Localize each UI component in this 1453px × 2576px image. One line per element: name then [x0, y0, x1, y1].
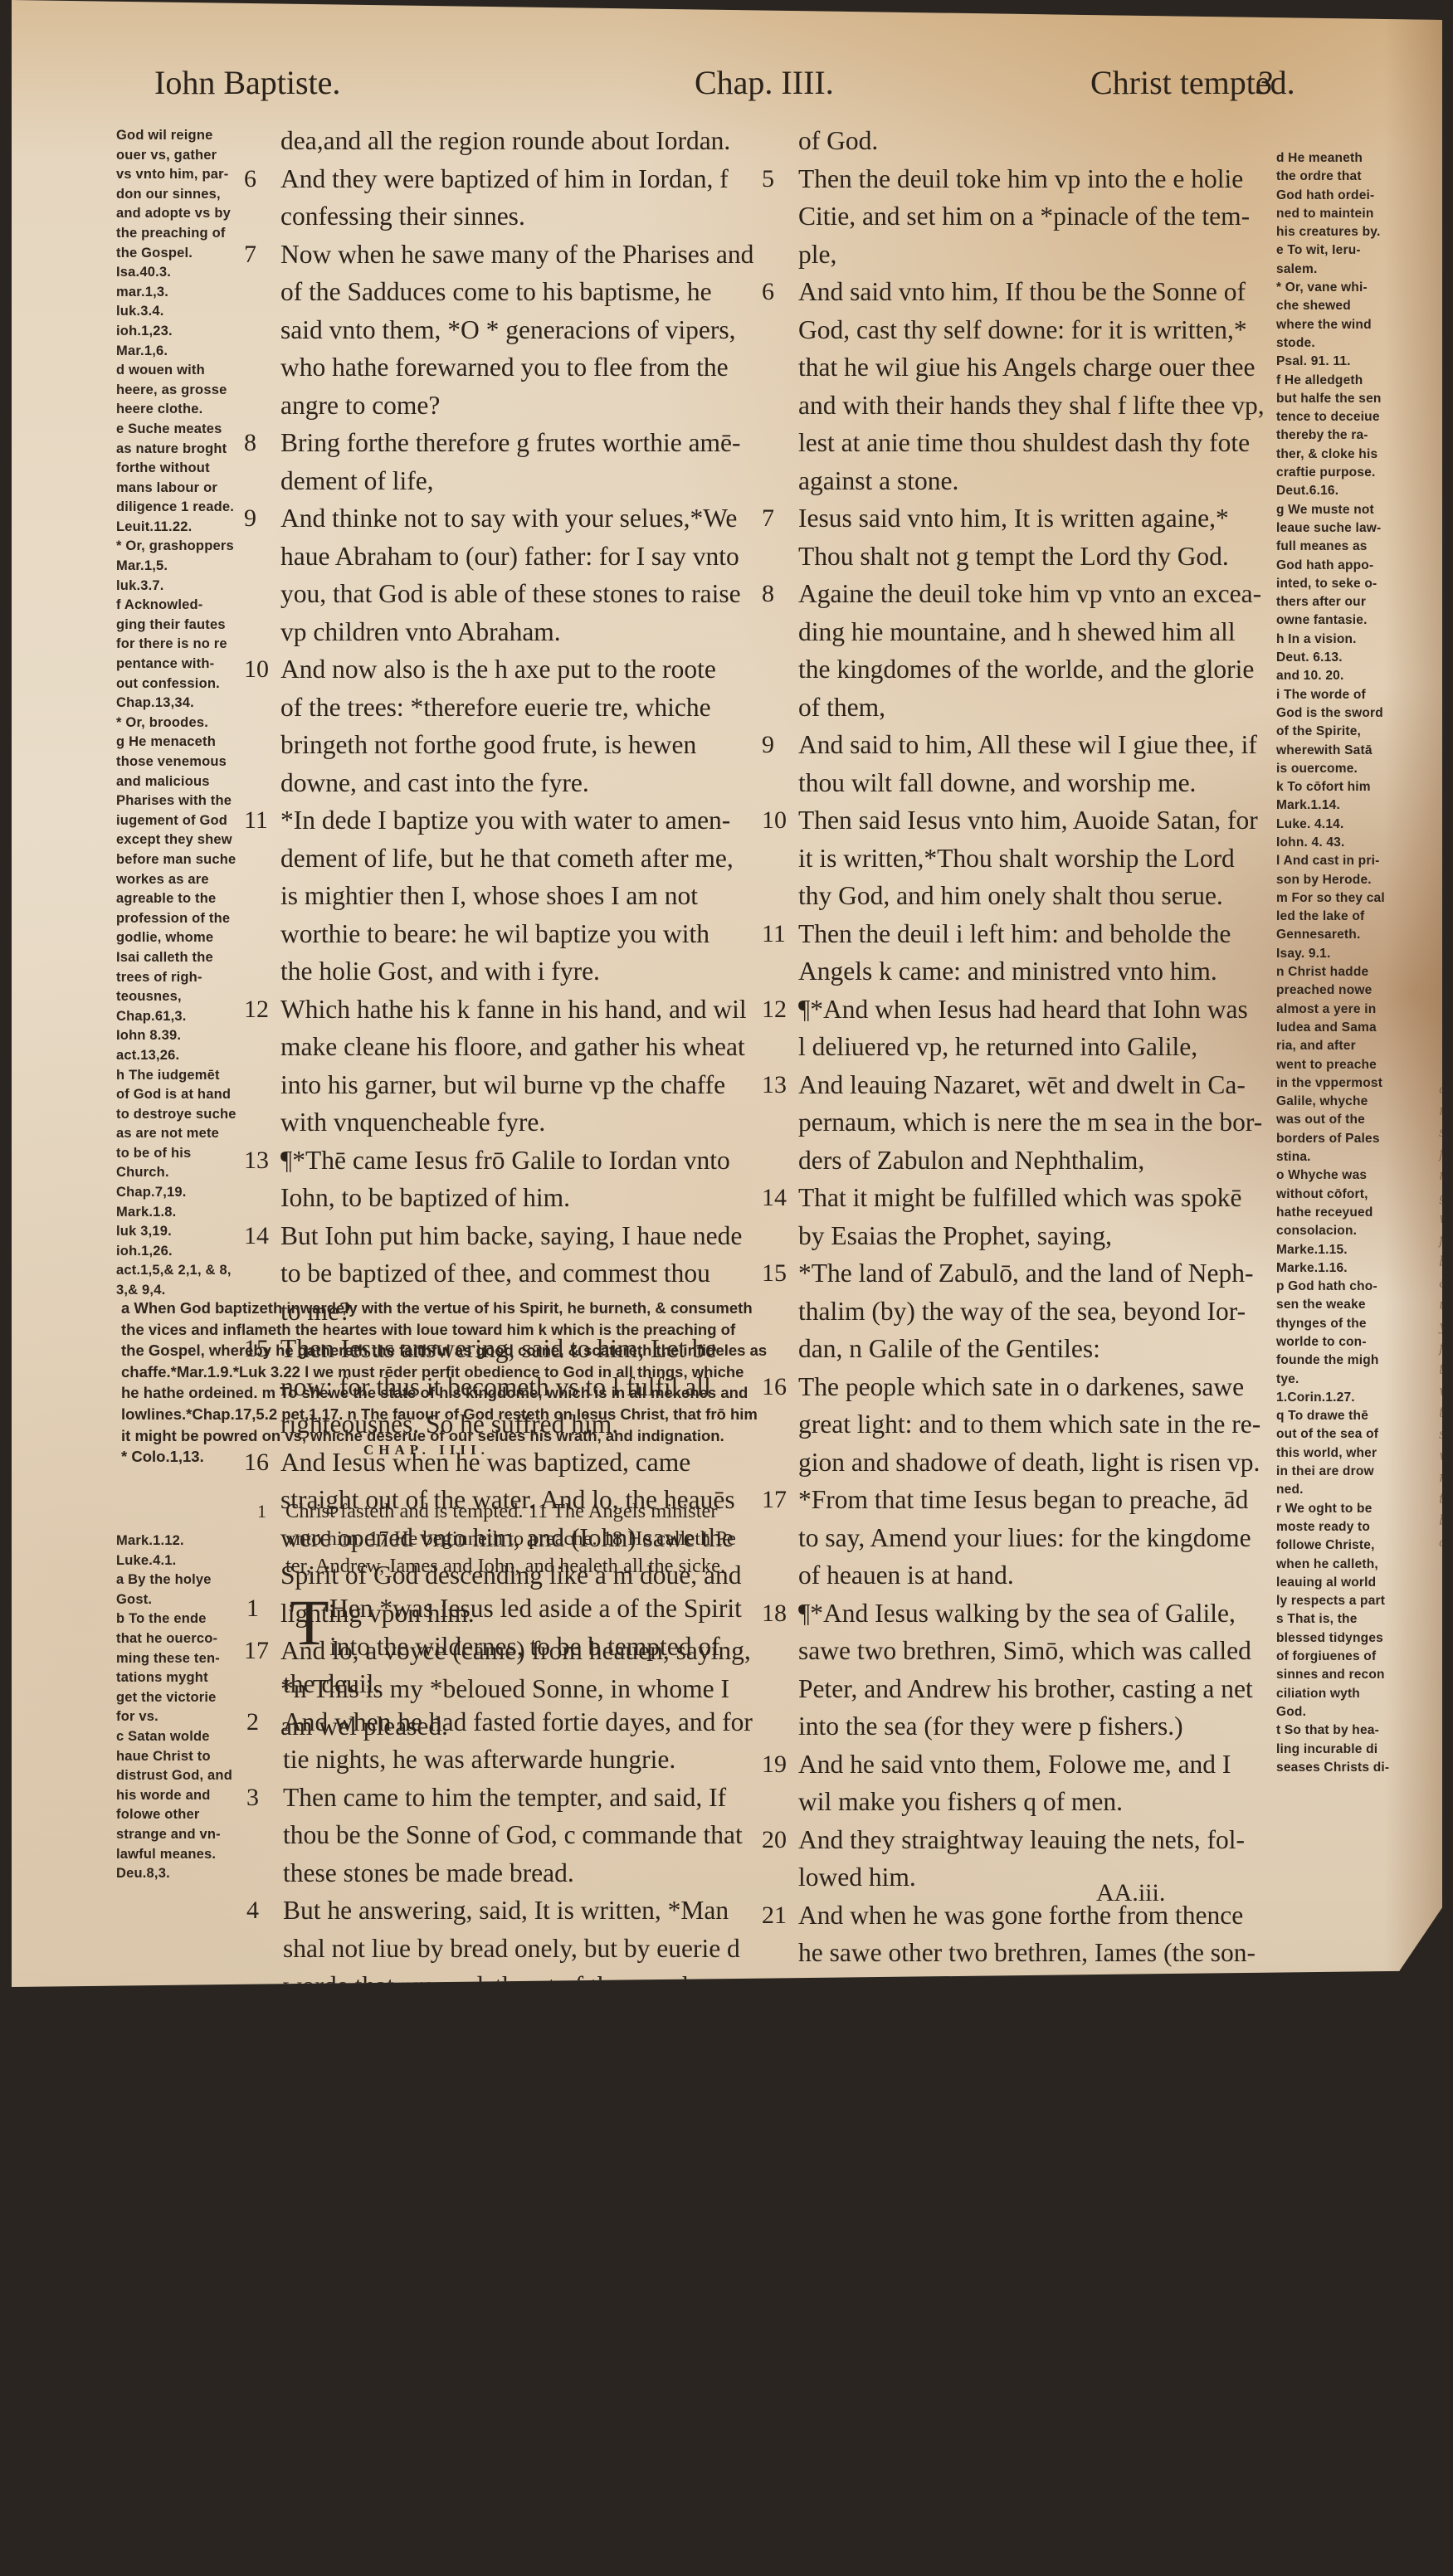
margin-note-line: Iohn. 4. 43. — [1276, 834, 1409, 852]
verse-line: 13And leauing Nazaret, wēt and dwelt in … — [798, 1066, 1288, 1104]
margin-note-line: Galile, whyche — [1276, 1093, 1409, 1111]
handwriting-line: made — [1439, 1467, 1453, 1488]
verse-line: with vnquencheable fyre. — [280, 1103, 770, 1142]
verse-text: the deuil. — [283, 1669, 380, 1698]
right-margin-notes: d He meaneththe ordre thatGod hath ordei… — [1276, 149, 1409, 1777]
margin-note-line: craftie purpose. — [1276, 464, 1409, 482]
margin-note-line: before man suche — [116, 850, 274, 870]
margin-note-line: Chap.7,19. — [116, 1183, 274, 1203]
margin-note-line: in thei are drow — [1276, 1463, 1409, 1481]
verse-text: gion and shadowe of death, light is rise… — [798, 1448, 1260, 1477]
verse-line: of the Sadduces come to his baptisme, he — [280, 273, 770, 311]
verse-number: 12 — [762, 991, 787, 1029]
margin-note-line: ming these ten- — [116, 1649, 274, 1669]
verse-line: thy God, and him onely shalt thou serue. — [798, 877, 1288, 915]
verse-text: is mightier then I, whose shoes I am not — [280, 881, 698, 910]
margin-note-line: act.1,5,& 2,1, & 8, — [116, 1261, 274, 1281]
verse-number: 6 — [762, 273, 774, 311]
verse-text: pernaum, which is nere the m sea in the … — [798, 1108, 1262, 1137]
margin-note-line: inted, to seke o- — [1276, 575, 1409, 593]
verse-text: And he said vnto them, Folowe me, and I — [798, 1750, 1231, 1779]
margin-note-line: mans labour or — [116, 479, 274, 499]
verse-text: And thinke not to say with your selues,*… — [280, 504, 737, 533]
verse-text: ¶*And Iesus walking by the sea of Galile… — [798, 1599, 1236, 1628]
verse-text: But he answering, said, It is written, *… — [283, 1896, 729, 1925]
margin-note-line: in the vppermost — [1276, 1074, 1409, 1093]
verse-line: 9And thinke not to say with your selues,… — [280, 499, 770, 538]
margin-note-line: ging their fautes — [116, 616, 274, 635]
verse-line: bringeth not forthe good frute, is hewen — [280, 726, 770, 764]
margin-note-line: che shewed — [1276, 297, 1409, 315]
margin-note-line: preached nowe — [1276, 981, 1409, 1000]
margin-note-line: l And cast in pri- — [1276, 852, 1409, 870]
margin-note-line: worlde to con- — [1276, 1333, 1409, 1351]
verse-line: 10Then said Iesus vnto him, Auoide Satan… — [798, 801, 1288, 840]
chapter-summary: 1Christ fasteth and is tempted. 11 The A… — [285, 1497, 736, 1580]
margin-note-line: ly respects a part — [1276, 1592, 1409, 1610]
margin-note-line: d wouen with — [116, 361, 274, 381]
verse-text: thalim (by) the way of the sea, beyond I… — [798, 1297, 1246, 1326]
margin-note-line: ling incurable di — [1276, 1741, 1409, 1759]
verse-line: 16The people which sate in o darkenes, s… — [798, 1368, 1288, 1406]
verse-text: lest at anie time thou shuldest dash thy… — [798, 428, 1250, 457]
margin-note-line: f Acknowled- — [116, 596, 274, 616]
verse-text: But Iohn put him backe, saying, I haue n… — [280, 1221, 742, 1250]
margin-note-line: g We muste not — [1276, 501, 1409, 519]
book-page: Iohn Baptiste. Chap. IIII. Christ tempte… — [12, 0, 1442, 1987]
chapter-heading: CHAP. IIII. — [363, 1442, 490, 1458]
verse-text: sawe two brethren, Simō, which was calle… — [798, 1636, 1251, 1665]
margin-note-line: Isai calleth the — [116, 948, 274, 968]
verse-text: vp children vnto Abraham. — [280, 617, 561, 646]
margin-note-line: Chap.13,34. — [116, 694, 274, 713]
verse-number: 3 — [246, 1779, 259, 1817]
verse-line: ders of Zabulon and Nephthalim, — [798, 1142, 1288, 1180]
verse-text: haue Abraham to (our) father: for I say … — [280, 542, 739, 571]
margin-note-line: son by Herode. — [1276, 871, 1409, 889]
margin-note-line: h In a vision. — [1276, 631, 1409, 649]
verse-line: 14That it might be fulfilled which was s… — [798, 1179, 1288, 1217]
footnote-line: the vices and inflameth the heartes with… — [121, 1319, 777, 1341]
verse-text: And now also is the h axe put to the roo… — [280, 655, 716, 684]
verse-number: 16 — [762, 1368, 787, 1406]
verse-text: dea,and all the region rounde about Iord… — [280, 126, 730, 155]
verse-text: Thou shalt not g tempt the Lord thy God. — [798, 542, 1229, 571]
verse-text: the holie Gost, and with i fyre. — [280, 957, 600, 986]
verse-text: by Esaias the Prophet, saying, — [798, 1221, 1112, 1250]
verse-line: 11Then the deuil i left him: and beholde… — [798, 915, 1288, 953]
margin-note-line: sinnes and recon — [1276, 1666, 1409, 1684]
verse-text: And said to him, All these wil I giue th… — [798, 730, 1257, 759]
verse-line: dement of life, but he that cometh after… — [280, 840, 770, 878]
verse-text: Iohn, to be baptized of him. — [280, 1183, 570, 1212]
verse-line: thou be the Sonne of God, c commande tha… — [283, 1816, 773, 1854]
margin-note-line: a By the holye — [116, 1570, 274, 1590]
margin-note-line: God wil reigne — [116, 126, 274, 146]
verse-text: the kingdomes of the worlde, and the glo… — [798, 655, 1254, 684]
verse-text: tie nights, he was afterwarde hungrie. — [283, 1745, 675, 1774]
margin-note-line: h The iudgemēt — [116, 1066, 274, 1086]
signature-mark: AA.iii. — [1096, 1879, 1165, 1907]
margin-note-line: owne fantasie. — [1276, 611, 1409, 630]
footnote-line: the Gospel, whereby he gathereth the fai… — [121, 1340, 777, 1361]
margin-note-line: this world, wher — [1276, 1444, 1409, 1463]
margin-note-line: n Christ hadde — [1276, 963, 1409, 981]
verse-line: 20And they straightway leauing the nets,… — [798, 1821, 1288, 1859]
margin-note-line: o Whyche was — [1276, 1166, 1409, 1185]
summary-line: vnto him. 17 He beginneth to preache. 18… — [285, 1525, 736, 1552]
verse-text: great light: and to them which sate in t… — [798, 1410, 1260, 1439]
margin-note-line: i The worde of — [1276, 686, 1409, 704]
margin-note-line: of the Spirite, — [1276, 723, 1409, 741]
margin-note-line: Gennesareth. — [1276, 926, 1409, 944]
verse-text: thou wilt fall downe, and worship me. — [798, 768, 1196, 797]
verse-number: 13 — [244, 1142, 269, 1180]
verse-number: 8 — [244, 424, 256, 462]
margin-note-line: almost a yere in — [1276, 1001, 1409, 1019]
margin-note-line: Luke.4.1. — [116, 1551, 274, 1571]
verse-number: 11 — [244, 801, 268, 840]
verse-text: Then the deuil toke him vp into the e ho… — [798, 164, 1243, 193]
summary-line: 1Christ fasteth and is tempted. 11 The A… — [285, 1497, 736, 1525]
margin-note-line: Mark.1.14. — [1276, 796, 1409, 815]
margin-note-line: his creatures by. — [1276, 223, 1409, 241]
verse-text: Now when he sawe many of the Pharises an… — [280, 240, 753, 269]
verse-line: 14But Iohn put him backe, saying, I haue… — [280, 1217, 770, 1255]
verse-line: said vnto them, *O * generacions of vipe… — [280, 311, 770, 349]
margin-note-line: forthe without — [116, 459, 274, 479]
margin-note-line: Iudea and Sama — [1276, 1019, 1409, 1037]
verse-line: 6And they were baptized of him in Iordan… — [280, 160, 770, 198]
verse-text: God, cast thy self downe: for it is writ… — [798, 315, 1247, 344]
verse-text: that he wil giue his Angels charge ouer … — [798, 353, 1256, 382]
verse-line: sawe two brethren, Simō, which was calle… — [798, 1632, 1288, 1670]
handwriting-line: your — [1439, 1316, 1453, 1337]
verse-line: lowed him. — [798, 1858, 1288, 1897]
running-header: Iohn Baptiste. Chap. IIII. Christ tempte… — [12, 50, 1442, 108]
handwriting-line: under — [1439, 1294, 1453, 1316]
verse-text: into the wildernes, to be b tempted of — [329, 1632, 720, 1661]
margin-note-line: of God is at hand — [116, 1085, 274, 1105]
margin-note-line: tations myght — [116, 1668, 274, 1688]
verse-text: you, that God is able of these stones to… — [280, 579, 741, 608]
margin-note-line: hathe receyued — [1276, 1204, 1409, 1222]
verse-line: dement of life, — [280, 462, 770, 500]
margin-note-line: ria, and after — [1276, 1037, 1409, 1055]
margin-note-line: wherewith Satā — [1276, 742, 1409, 760]
margin-note-line: act.13,26. — [116, 1046, 274, 1066]
verse-line: and with their hands they shal f lifte t… — [798, 387, 1288, 425]
verse-text: he sawe other two brethren, Iames (the s… — [798, 1938, 1256, 1967]
verse-line: 2And when he had fasted fortie dayes, an… — [283, 1703, 773, 1741]
verse-line: he sawe other two brethren, Iames (the s… — [798, 1934, 1288, 1972]
margin-note-line: Mar.1,5. — [116, 557, 274, 577]
verse-text: worde that proceadeth out of the mouth — [283, 1971, 695, 2000]
verse-line: great light: and to them which sate in t… — [798, 1405, 1288, 1444]
verse-text: thy God, and him onely shalt thou serue. — [798, 881, 1223, 910]
margin-note-line: profession of the — [116, 909, 274, 929]
verse-line: Citie, and set him on a *pinacle of the … — [798, 197, 1288, 236]
verse-line: 10And now also is the h axe put to the r… — [280, 650, 770, 689]
verse-line: 12¶*And when Iesus had heard that Iohn w… — [798, 991, 1288, 1029]
margin-note-line: Psal. 91. 11. — [1276, 353, 1409, 371]
margin-note-line: and 10. 20. — [1276, 667, 1409, 685]
verse-text: who hathe forewarned you to flee from th… — [280, 353, 729, 382]
margin-note-line: Mar.1,6. — [116, 342, 274, 362]
verse-text: And leauing Nazaret, wēt and dwelt in Ca… — [798, 1070, 1246, 1099]
verse-number: 9 — [244, 499, 256, 538]
verse-line: shal not liue by bread onely, but by eue… — [283, 1930, 773, 1968]
verse-text: That it might be fulfilled which was spo… — [798, 1183, 1242, 1212]
verse-text: Angels k came: and ministred vnto him. — [798, 957, 1217, 986]
margin-note-line: leaue suche law- — [1276, 519, 1409, 538]
margin-note-line: followe Christe, — [1276, 1536, 1409, 1555]
verse-line: the holie Gost, and with i fyre. — [280, 952, 770, 991]
margin-note-line: full meanes as — [1276, 538, 1409, 556]
margin-note-line: stina. — [1276, 1148, 1409, 1166]
verse-text: Christ fasteth and is tempted. 11 The An… — [285, 1500, 718, 1522]
verse-number: 4 — [246, 1892, 259, 1930]
verse-line: 17*From that time Iesus began to preache… — [798, 1481, 1288, 1519]
verse-line: into the wildernes, to be b tempted of — [283, 1628, 773, 1666]
margin-note-line: went to preache — [1276, 1056, 1409, 1074]
verse-line: into the sea (for they were p fishers.) — [798, 1707, 1288, 1746]
margin-note-line: thers after our — [1276, 593, 1409, 611]
chapter-verses: 1Hen *was Iesus led aside a of the Spiri… — [283, 1590, 773, 2003]
verse-text: lowed him. — [798, 1863, 916, 1892]
verse-text: ders of Zabulon and Nephthalim, — [798, 1146, 1144, 1175]
margin-note-line: ciliation wyth — [1276, 1685, 1409, 1703]
verse-line: of God. — [798, 122, 1288, 160]
margin-note-line: luk.3.7. — [116, 577, 274, 597]
verse-text: And when he had fasted fortie dayes, and… — [283, 1707, 753, 1736]
handwriting-line: better — [1439, 1251, 1453, 1273]
margin-note-line: p God hath cho- — [1276, 1278, 1409, 1296]
verse-text: *The land of Zabulō, and the land of Nep… — [798, 1259, 1253, 1288]
verse-line: who hathe forewarned you to flee from th… — [280, 348, 770, 387]
handwriting-line: & — [1439, 1273, 1453, 1294]
verse-line: Angels k came: and ministred vnto him. — [798, 952, 1288, 991]
verse-line: Iohn, to be baptized of him. — [280, 1179, 770, 1217]
margin-note-line: q To drawe thē — [1276, 1407, 1409, 1425]
verse-text: angre to come? — [280, 391, 440, 420]
margin-note-line: without cōfort, — [1276, 1186, 1409, 1204]
margin-note-line: Isay. 9.1. — [1276, 945, 1409, 963]
margin-note-line: Deut. 6.13. — [1276, 649, 1409, 667]
verse-line: 9And said to him, All these wil I giue t… — [798, 726, 1288, 764]
verse-text: Which hathe his k fanne in his hand, and… — [280, 995, 747, 1024]
verse-text: *In dede I baptize you with water to ame… — [280, 806, 730, 835]
verse-text: ding hie mountaine, and h shewed him all — [798, 617, 1236, 646]
verse-number: 15 — [762, 1254, 787, 1293]
verse-text: And they were baptized of him in Iordan,… — [280, 164, 729, 193]
verse-text: of the Sadduces come to his baptisme, he — [280, 277, 712, 306]
handwriting-line: to — [1439, 1402, 1453, 1424]
verse-text: of God. — [798, 126, 878, 155]
verse-number: 18 — [762, 1595, 787, 1633]
margin-note-line: but halfe the sen — [1276, 390, 1409, 408]
verse-text: Bring forthe therefore g frutes worthie … — [280, 428, 741, 457]
verse-line: thalim (by) the way of the sea, beyond I… — [798, 1293, 1288, 1331]
verse-number: 11 — [762, 915, 786, 953]
folio-number: 3 — [1256, 63, 1273, 102]
verse-line: lest at anie time thou shuldest dash thy… — [798, 424, 1288, 462]
verse-text: And they straightway leauing the nets, f… — [798, 1825, 1245, 1854]
handwriting-line: me & — [1439, 1165, 1453, 1186]
verse-line: 3Then came to him the tempter, and said,… — [283, 1779, 773, 1817]
verse-text: Citie, and set him on a *pinacle of the … — [798, 202, 1250, 231]
verse-text: ple, — [798, 240, 836, 269]
verse-line: 15*The land of Zabulō, and the land of N… — [798, 1254, 1288, 1293]
verse-text: Then said Iesus vnto him, Auoide Satan, … — [798, 806, 1258, 835]
verse-text: Peter, and Andrew his brother, casting a… — [798, 1674, 1253, 1703]
margin-note-line: God is the sword — [1276, 704, 1409, 723]
verse-line: ding hie mountaine, and h shewed him all — [798, 613, 1288, 651]
footnote-line: chaffe.*Mar.1.9.*Luk 3.22 l we must rēde… — [121, 1361, 777, 1383]
verse-line: the deuil. — [283, 1665, 773, 1703]
handwriting-line: great — [1439, 1186, 1453, 1208]
margin-note-line: Marke.1.15. — [1276, 1241, 1409, 1259]
verse-number: 9 — [762, 726, 774, 764]
verse-number: 7 — [762, 499, 774, 538]
margin-note-line: ned to maintein — [1276, 205, 1409, 223]
margin-note-line: is ouercome. — [1276, 760, 1409, 778]
verse-number: 20 — [762, 1821, 787, 1859]
verse-number: 14 — [762, 1179, 787, 1217]
verse-line: the kingdomes of the worlde, and the glo… — [798, 650, 1288, 689]
margin-note-line: m For so they cal — [1276, 889, 1409, 908]
verse-text: thou be the Sonne of God, c commande tha… — [283, 1820, 743, 1849]
verse-line: pernaum, which is nere the m sea in the … — [798, 1103, 1288, 1142]
margin-note-line: led the lake of — [1276, 908, 1409, 926]
verse-line: 4But he answering, said, It is written, … — [283, 1892, 773, 1930]
verse-number: 8 — [762, 575, 774, 613]
margin-note-line: seases Christs di- — [1276, 1759, 1409, 1777]
verse-line: 11*In dede I baptize you with water to a… — [280, 801, 770, 840]
margin-note-line: Deut.6.16. — [1276, 482, 1409, 500]
verse-line: l deliuered vp, he returned into Galile, — [798, 1028, 1288, 1066]
verse-number: 6 — [244, 160, 256, 198]
verse-text: ¶*And when Iesus had heard that Iohn was — [798, 995, 1248, 1024]
margin-note-line: tye. — [1276, 1371, 1409, 1389]
margin-note-line: ioh.1,23. — [116, 322, 274, 342]
handwriting-line: to be — [1439, 1488, 1453, 1510]
margin-note-line: and malicious — [116, 772, 274, 792]
verse-text: And when he was gone forthe from thence — [798, 1901, 1243, 1930]
verse-text: with vnquencheable fyre. — [280, 1108, 545, 1137]
verse-text: dement of life, but he that cometh after… — [280, 844, 734, 873]
verse-text: Then the deuil i left him: and beholde t… — [798, 919, 1231, 948]
handwritten-annotation: as it isnot suchefollowme &greatway tofi… — [1439, 1079, 1453, 1553]
verse-line: 7Iesus said vnto him, It is written agai… — [798, 499, 1288, 538]
verse-text: confessing their sinnes. — [280, 202, 525, 231]
verse-line: worde that proceadeth out of the mouth — [283, 1967, 773, 2003]
verse-text: Then came to him the tempter, and said, … — [283, 1783, 726, 1812]
verse-line: 5Then the deuil toke him vp into the e h… — [798, 160, 1288, 198]
margin-note-line: when he calleth, — [1276, 1556, 1409, 1574]
verse-text: of them, — [798, 693, 885, 722]
margin-note-line: 1.Corin.1.27. — [1276, 1389, 1409, 1407]
margin-note-line: was out of the — [1276, 1111, 1409, 1129]
handwriting-line: way to — [1439, 1208, 1453, 1230]
verse-text: to be baptized of thee, and commest thou — [280, 1259, 710, 1288]
header-chapter: Chap. IIII. — [695, 63, 834, 102]
verse-line: ple, — [798, 236, 1288, 274]
verse-line: you, that God is able of these stones to… — [280, 575, 770, 613]
verse-text: worthie to beare: he wil baptize you wit… — [280, 919, 709, 948]
margin-note-line: moste ready to — [1276, 1518, 1409, 1536]
verse-line: against a stone. — [798, 462, 1288, 500]
verse-text: *From that time Iesus began to preache, … — [798, 1485, 1248, 1514]
margin-note-line: to destroye suche — [116, 1105, 274, 1125]
verse-line: to be baptized of thee, and commest thou — [280, 1254, 770, 1293]
margin-note-line: consolacion. — [1276, 1222, 1409, 1240]
verse-line: 1Hen *was Iesus led aside a of the Spiri… — [283, 1590, 773, 1628]
handwriting-line: were — [1439, 1381, 1453, 1402]
verse-text: downe, and cast into the fyre. — [280, 768, 589, 797]
verse-line: 12Which hathe his k fanne in his hand, a… — [280, 991, 770, 1029]
margin-note-line: workes as are — [116, 870, 274, 890]
verse-line: 13¶*Thē came Iesus frō Galile to Iordan … — [280, 1142, 770, 1180]
verse-text: said vnto them, *O * generacions of vipe… — [280, 315, 736, 344]
verse-text: And said vnto him, If thou be the Sonne … — [798, 277, 1246, 306]
margin-note-line: that he ouerco- — [116, 1629, 274, 1649]
verse-line: 7Now when he sawe many of the Pharises a… — [280, 236, 770, 274]
margin-note-line: Marke.1.16. — [1276, 1259, 1409, 1278]
footnote-line: he hathe ordeined. m To shewe the state … — [121, 1382, 777, 1404]
verse-line: 19And he said vnto them, Folowe me, and … — [798, 1746, 1288, 1784]
verse-text: bringeth not forthe good frute, is hewen — [280, 730, 696, 759]
verse-number: 1 — [246, 1590, 259, 1628]
margin-note-line: haue Christ to — [116, 1747, 274, 1767]
right-column-verses: of God.5Then the deuil toke him vp into … — [798, 122, 1288, 2003]
handwriting-line: follow — [1439, 1143, 1453, 1165]
margin-note-line: leauing al world — [1276, 1574, 1409, 1592]
verse-text: and with their hands they shal f lifte t… — [798, 391, 1265, 420]
verse-line: angre to come? — [280, 387, 770, 425]
verse-text: these stones be made bread. — [283, 1858, 574, 1887]
margin-note-line: those venemous — [116, 752, 274, 772]
margin-note-line: founde the migh — [1276, 1351, 1409, 1370]
margin-note-line: of forgiuenes of — [1276, 1648, 1409, 1666]
verse-line: of heauen is at hand. — [798, 1556, 1288, 1595]
margin-note-line: God. — [1276, 1703, 1409, 1721]
verse-line: 8Againe the deuil toke him vp vnto an ex… — [798, 575, 1288, 613]
margin-note-line: f He alledgeth — [1276, 372, 1409, 390]
verse-line: by Esaias the Prophet, saying, — [798, 1217, 1288, 1255]
margin-note-line: God hath ordei- — [1276, 187, 1409, 205]
verse-text: make cleane his floore, and gather his w… — [280, 1032, 745, 1061]
verse-line: gion and shadowe of death, light is rise… — [798, 1444, 1288, 1482]
verse-text: l deliuered vp, he returned into Galile, — [798, 1032, 1197, 1061]
verse-text: into the sea (for they were p fishers.) — [798, 1712, 1183, 1741]
margin-note-line: * Or, vane whi- — [1276, 279, 1409, 297]
verse-text: ne) of Zebedeus, and Iohn his brother in… — [798, 1976, 1236, 2004]
verse-number: 5 — [762, 160, 774, 198]
verse-text: dement of life, — [280, 466, 434, 495]
verse-line: of them, — [798, 689, 1288, 727]
margin-note-line: God hath appo- — [1276, 557, 1409, 575]
margin-note-line: e To wit, Ieru- — [1276, 241, 1409, 260]
margin-note-line: r We oght to be — [1276, 1500, 1409, 1518]
verse-line: haue Abraham to (our) father: for I say … — [280, 538, 770, 576]
verse-line: is mightier then I, whose shoes I am not — [280, 877, 770, 915]
handwriting-line: apostles — [1439, 1531, 1453, 1553]
margin-note-line: heere, as grosse — [116, 381, 274, 401]
margin-note-line: Iohn 8.39. — [116, 1026, 274, 1046]
verse-number: 17 — [762, 1481, 787, 1519]
verse-number: 21 — [762, 1897, 787, 1935]
